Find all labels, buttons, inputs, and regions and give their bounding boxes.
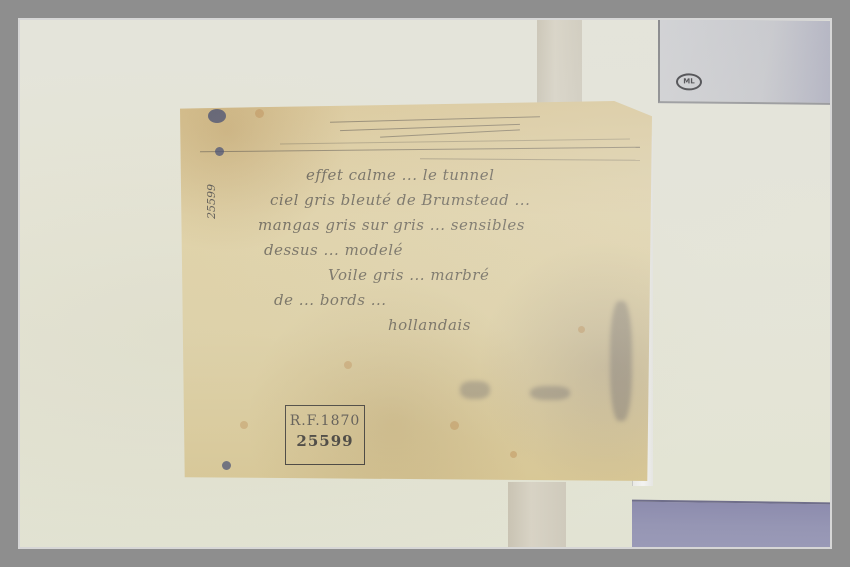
graphite-smudge	[460, 381, 490, 399]
foxing-spot	[255, 109, 264, 118]
foxing-spot	[450, 421, 459, 430]
sketch-line	[380, 129, 520, 137]
adjacent-drawing-top: ML	[658, 19, 832, 105]
photo-frame: ML 25599	[0, 0, 850, 567]
collection-stamp: R.F.1870 25599	[285, 405, 365, 465]
sketch-line	[280, 139, 630, 145]
inscription-line: Voile gris ... marbré	[258, 263, 638, 288]
album-mount-page: ML 25599	[18, 18, 832, 549]
inscription-line: mangas gris sur gris ... sensibles	[258, 213, 638, 238]
horizon-line	[200, 147, 640, 153]
handwritten-color-notes: effet calme ... le tunnel ciel gris bleu…	[258, 163, 638, 338]
mounting-strip-bottom	[508, 482, 566, 549]
foxing-spot	[510, 451, 517, 458]
foxing-spot	[240, 421, 248, 429]
collector-stamp-ml: ML	[676, 73, 702, 90]
inscription-line: hollandais	[258, 313, 638, 338]
inventory-number-vertical: 25599	[205, 184, 218, 219]
stamp-line-number: 25599	[286, 431, 364, 451]
adjacent-drawing-bottom	[632, 500, 832, 549]
stamp-line-rf: R.F.1870	[286, 411, 364, 431]
graphite-smudge	[530, 386, 570, 400]
drawing-sheet-verso: 25599 effet calme ... le tunnel ciel gri…	[180, 101, 652, 481]
ink-blot	[215, 147, 224, 156]
inscription-line: effet calme ... le tunnel	[258, 163, 638, 188]
inscription-line: de ... bords ...	[258, 288, 638, 313]
ink-blot	[208, 109, 226, 123]
inscription-line: dessus ... modelé	[258, 238, 638, 263]
inscription-line: ciel gris bleuté de Brumstead ...	[258, 188, 638, 213]
mounting-strip-top	[537, 20, 582, 115]
foxing-spot	[344, 361, 352, 369]
sketch-line	[420, 158, 640, 161]
sketch-line	[330, 116, 540, 122]
ink-blot	[222, 461, 231, 470]
